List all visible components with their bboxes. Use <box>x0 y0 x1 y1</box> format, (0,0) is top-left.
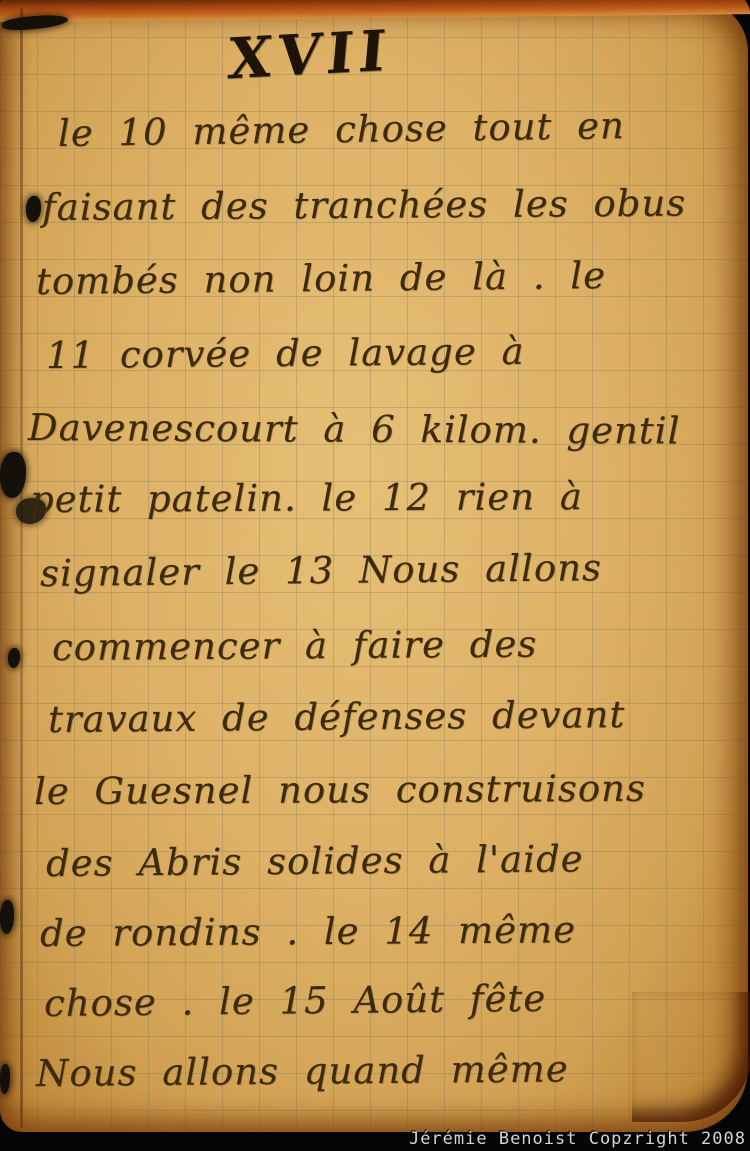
copyright-watermark: Jérémie Benoist Copzright 2008 <box>409 1129 746 1149</box>
binding-stitch <box>8 648 20 668</box>
page-number-roman: XVII <box>225 18 394 93</box>
handwriting-line: Nous allons quand même <box>36 1047 569 1095</box>
handwriting-line: petit patelin. le 12 rien à <box>30 475 583 521</box>
handwriting-line: travaux de défenses devant <box>48 693 626 741</box>
page-corner-shading <box>632 992 750 1122</box>
handwriting-line: chose . le 15 Août fête <box>44 977 547 1025</box>
handwriting-line: signaler le 13 Nous allons <box>40 546 602 595</box>
handwriting-line: le Guesnel nous construisons <box>34 767 646 813</box>
handwriting-line: de rondins . le 14 même <box>40 908 576 955</box>
handwriting-line: 11 corvée de lavage à <box>46 330 525 377</box>
notebook-page: XVII le 10 même chose tout en faisant de… <box>0 0 748 1132</box>
binding-stitch <box>26 196 41 222</box>
scanned-photo: XVII le 10 même chose tout en faisant de… <box>0 0 750 1151</box>
handwriting-line: le 10 même chose tout en <box>58 104 625 155</box>
handwriting-line: tombés non loin de là . le <box>36 254 606 303</box>
binding-fold <box>20 8 23 1128</box>
handwriting-line: Davenescourt à 6 kilom. gentil <box>28 406 681 452</box>
binding-stitch <box>0 1064 10 1094</box>
handwriting-line: commencer à faire des <box>52 623 538 669</box>
binding-stitch <box>0 900 14 934</box>
handwriting-line: des Abris solides à l'aide <box>46 837 584 885</box>
handwriting-line: faisant des tranchées les obus <box>42 182 687 229</box>
